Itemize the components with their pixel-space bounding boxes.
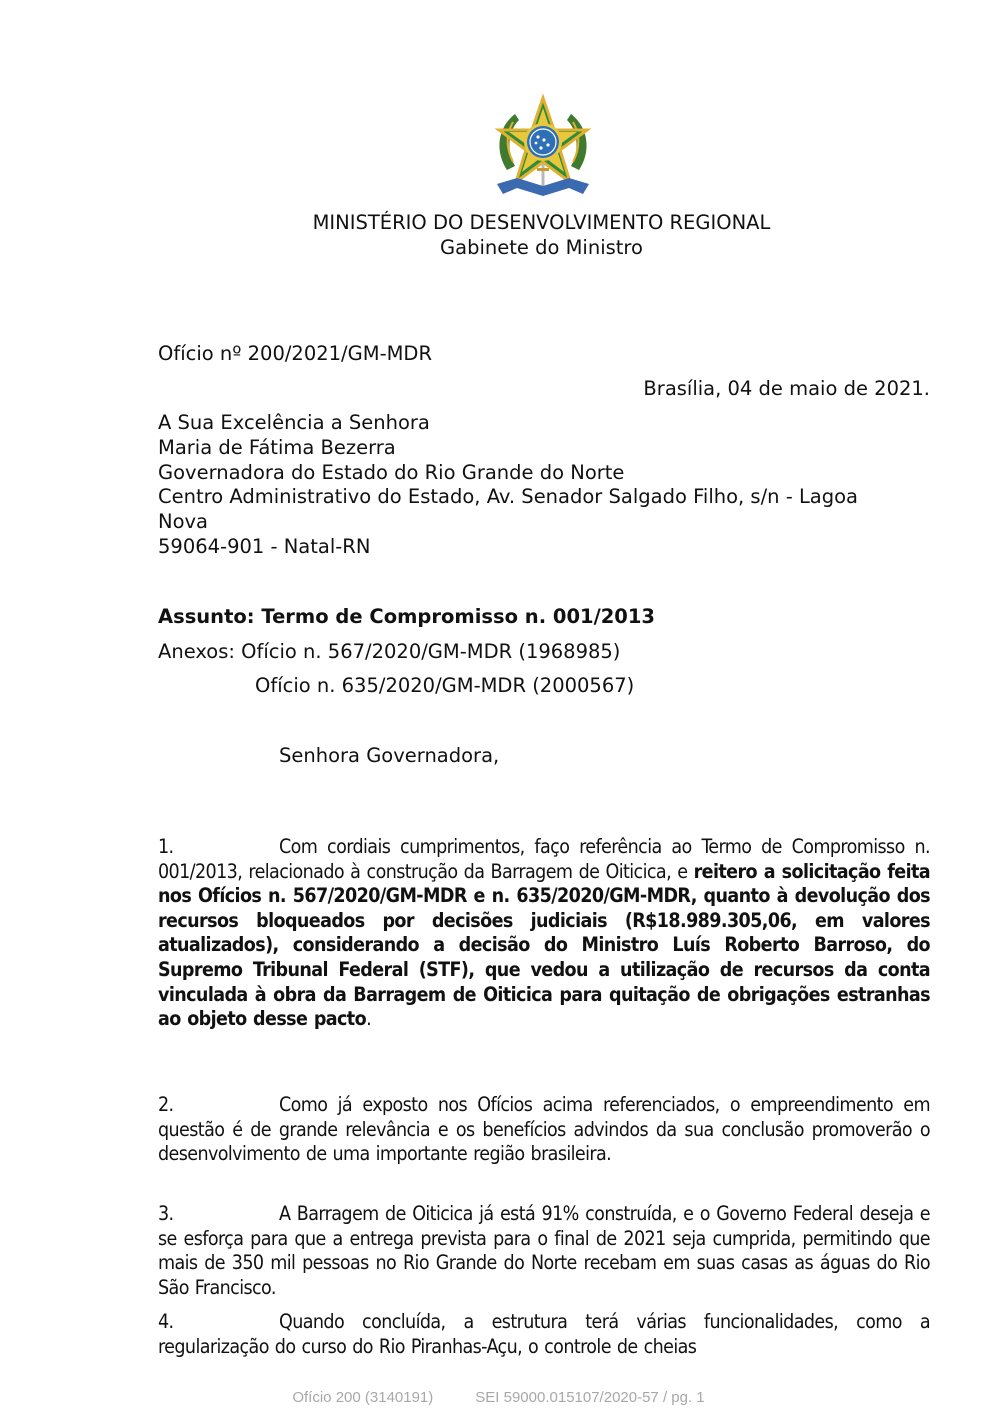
paragraph-number: 2. (158, 1093, 279, 1118)
page-footer: Ofício 200 (3140191)SEI 59000.015107/202… (0, 1389, 997, 1406)
footer-sei-ref: SEI 59000.015107/2020-57 / pg. 1 (475, 1389, 704, 1406)
annexes-label: Anexos: (158, 640, 235, 663)
subject: Assunto: Termo de Compromisso n. 001/201… (158, 605, 655, 628)
paragraph-number: 3. (158, 1202, 279, 1227)
annex-item: Ofício n. 567/2020/GM-MDR (1968985) (241, 640, 620, 663)
paragraph-3: 3.A Barragem de Oiticica já está 91% con… (158, 1202, 930, 1300)
paragraph-number: 1. (158, 835, 279, 860)
brazil-coat-of-arms-icon (487, 92, 599, 204)
paragraph-1: 1.Com cordiais cumprimentos, faço referê… (158, 835, 930, 1032)
annex-item: Ofício n. 635/2020/GM-MDR (2000567) (255, 674, 634, 697)
paragraph-emphasis: reitero a solicitação feita nos Ofícios … (158, 860, 930, 1031)
footer-document-ref: Ofício 200 (3140191) (292, 1389, 433, 1406)
paragraph-2: 2.Como já exposto nos Ofícios acima refe… (158, 1093, 930, 1167)
recipient-line: Maria de Fátima Bezerra (158, 436, 396, 459)
salutation: Senhora Governadora, (279, 744, 499, 767)
annexes-line: Anexos: Ofício n. 567/2020/GM-MDR (19689… (158, 640, 620, 663)
paragraph-number: 4. (158, 1310, 279, 1335)
document-number: Ofício nº 200/2021/GM-MDR (158, 342, 432, 365)
recipient-line: Nova (158, 510, 208, 533)
paragraph-4: 4.Quando concluída, a estrutura terá vár… (158, 1310, 930, 1359)
ministry-name: MINISTÉRIO DO DESENVOLVIMENTO REGIONAL (0, 211, 997, 234)
place-date: Brasília, 04 de maio de 2021. (643, 377, 930, 400)
recipient-line: A Sua Excelência a Senhora (158, 411, 430, 434)
recipient-line: 59064-901 - Natal-RN (158, 535, 370, 558)
recipient-line: Centro Administrativo do Estado, Av. Sen… (158, 485, 858, 508)
office-name: Gabinete do Ministro (0, 236, 997, 259)
recipient-line: Governadora do Estado do Rio Grande do N… (158, 461, 624, 484)
paragraph-end: . (366, 1007, 371, 1030)
